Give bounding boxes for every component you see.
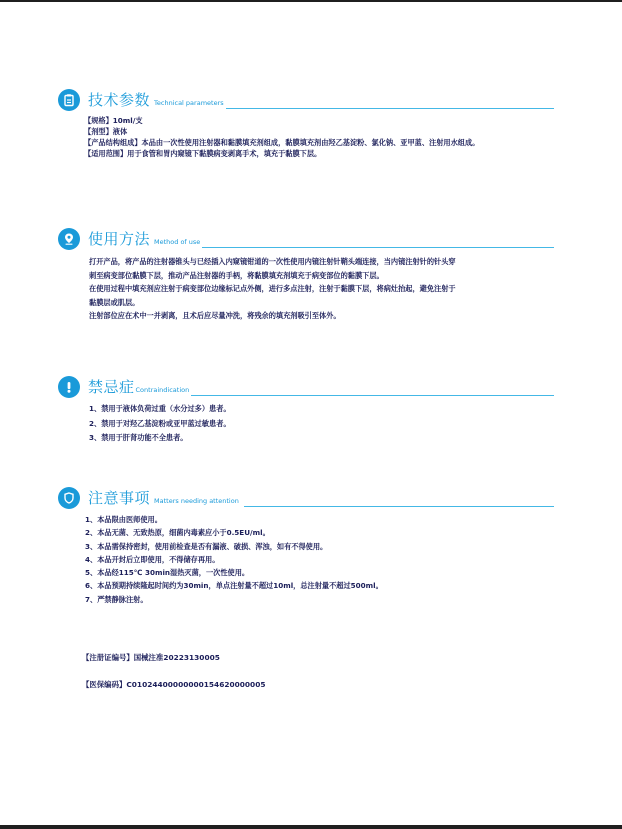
insurance-code-row: 【医保编码】C01024400000000154620000005 [82, 679, 266, 690]
section-header: 注意事项 Matters needing attention [58, 487, 558, 511]
section-method-of-use: 使用方法 Method of use 打开产品，将产品的注射器锥头与已经插入内窥… [58, 228, 558, 323]
section-title-en: Method of use [154, 231, 200, 253]
attention-item: 4、本品开封后立即使用，不得储存再用。 [85, 553, 558, 566]
attention-item: 5、本品经115℃ 30min湿热灭菌，一次性使用。 [85, 566, 558, 579]
section-contraindication: 禁忌症 Contraindication 1、禁用于液体负荷过重（水分过多）患者… [58, 376, 558, 446]
section-title-en: Contraindication [136, 379, 190, 401]
method-line: 注射部位应在术中一并剥离，且术后应尽量冲洗，将残余的填充剂吸引至体外。 [89, 309, 558, 323]
registration-cert-label: 【注册证编号】 [82, 653, 134, 662]
divider-line [202, 246, 554, 248]
dosage-form-line: 【剂型】液体 [84, 126, 558, 137]
section-body: 1、本品限由医师使用。 2、本品无菌、无致热原，细菌内毒素应小于0.5EU/ml… [58, 513, 558, 606]
section-title-zh: 使用方法 [88, 228, 150, 250]
section-title-en: Technical parameters [154, 92, 224, 114]
spec-line: 【规格】10ml/支 [84, 115, 558, 126]
section-header: 技术参数 Technical parameters [58, 89, 558, 113]
clipboard-icon [58, 89, 80, 111]
section-body: 打开产品，将产品的注射器锥头与已经插入内窥镜钳道的一次性使用内镜注射针鞘头端连接… [58, 255, 558, 323]
method-line: 打开产品，将产品的注射器锥头与已经插入内窥镜钳道的一次性使用内镜注射针鞘头端连接… [89, 255, 558, 269]
section-technical-parameters: 技术参数 Technical parameters 【规格】10ml/支 【剂型… [58, 89, 558, 159]
section-title-zh: 注意事项 [88, 487, 150, 509]
exclamation-icon [58, 376, 80, 398]
attention-item: 7、严禁静脉注射。 [85, 593, 558, 606]
location-pin-icon [58, 228, 80, 250]
attention-item: 6、本品预期持续隆起时间约为30min，单点注射量不超过10ml，总注射量不超过… [85, 579, 558, 592]
divider-line [244, 505, 554, 507]
section-body: 1、禁用于液体负荷过重（水分过多）患者。 2、禁用于对羟乙基淀粉或亚甲蓝过敏患者… [58, 402, 558, 446]
method-line: 刺至病变部位黏膜下层，推动产品注射器的手柄，将黏膜填充剂填充于病变部位的黏膜下层… [89, 269, 558, 283]
section-attention: 注意事项 Matters needing attention 1、本品限由医师使… [58, 487, 558, 606]
attention-item: 3、本品需保持密封，使用前检查是否有漏液、破损、浑浊，如有不得使用。 [85, 540, 558, 553]
composition-line: 【产品结构组成】本品由一次性使用注射器和黏膜填充剂组成，黏膜填充剂由羟乙基淀粉、… [84, 137, 558, 148]
section-title-zh: 禁忌症 [88, 376, 135, 398]
contraindication-item: 1、禁用于液体负荷过重（水分过多）患者。 [89, 402, 558, 417]
shield-icon [58, 487, 80, 509]
insurance-code-value: C01024400000000154620000005 [126, 680, 265, 689]
section-header: 使用方法 Method of use [58, 228, 558, 252]
attention-item: 2、本品无菌、无致热原，细菌内毒素应小于0.5EU/ml。 [85, 526, 558, 539]
insurance-code-label: 【医保编码】 [82, 680, 126, 689]
section-body: 【规格】10ml/支 【剂型】液体 【产品结构组成】本品由一次性使用注射器和黏膜… [58, 115, 558, 159]
method-line: 黏膜层或肌层。 [89, 296, 558, 310]
top-border-bar [0, 0, 622, 2]
contraindication-item: 2、禁用于对羟乙基淀粉或亚甲蓝过敏患者。 [89, 417, 558, 432]
registration-cert-value: 国械注准20223130005 [134, 653, 220, 662]
attention-item: 1、本品限由医师使用。 [85, 513, 558, 526]
section-title-en: Matters needing attention [154, 490, 239, 512]
registration-cert-row: 【注册证编号】国械注准20223130005 [82, 652, 220, 663]
scope-line: 【适用范围】用于食管和胃内窥镜下黏膜病变剥离手术，填充于黏膜下层。 [84, 148, 558, 159]
contraindication-item: 3、禁用于肝肾功能不全患者。 [89, 431, 558, 446]
method-line: 在使用过程中填充剂应注射于病变部位边缘标记点外侧，进行多点注射，注射于黏膜下层，… [89, 282, 558, 296]
divider-line [191, 394, 554, 396]
section-title-zh: 技术参数 [88, 89, 150, 111]
section-header: 禁忌症 Contraindication [58, 376, 558, 400]
bottom-border-bar [0, 825, 622, 829]
divider-line [226, 107, 554, 109]
